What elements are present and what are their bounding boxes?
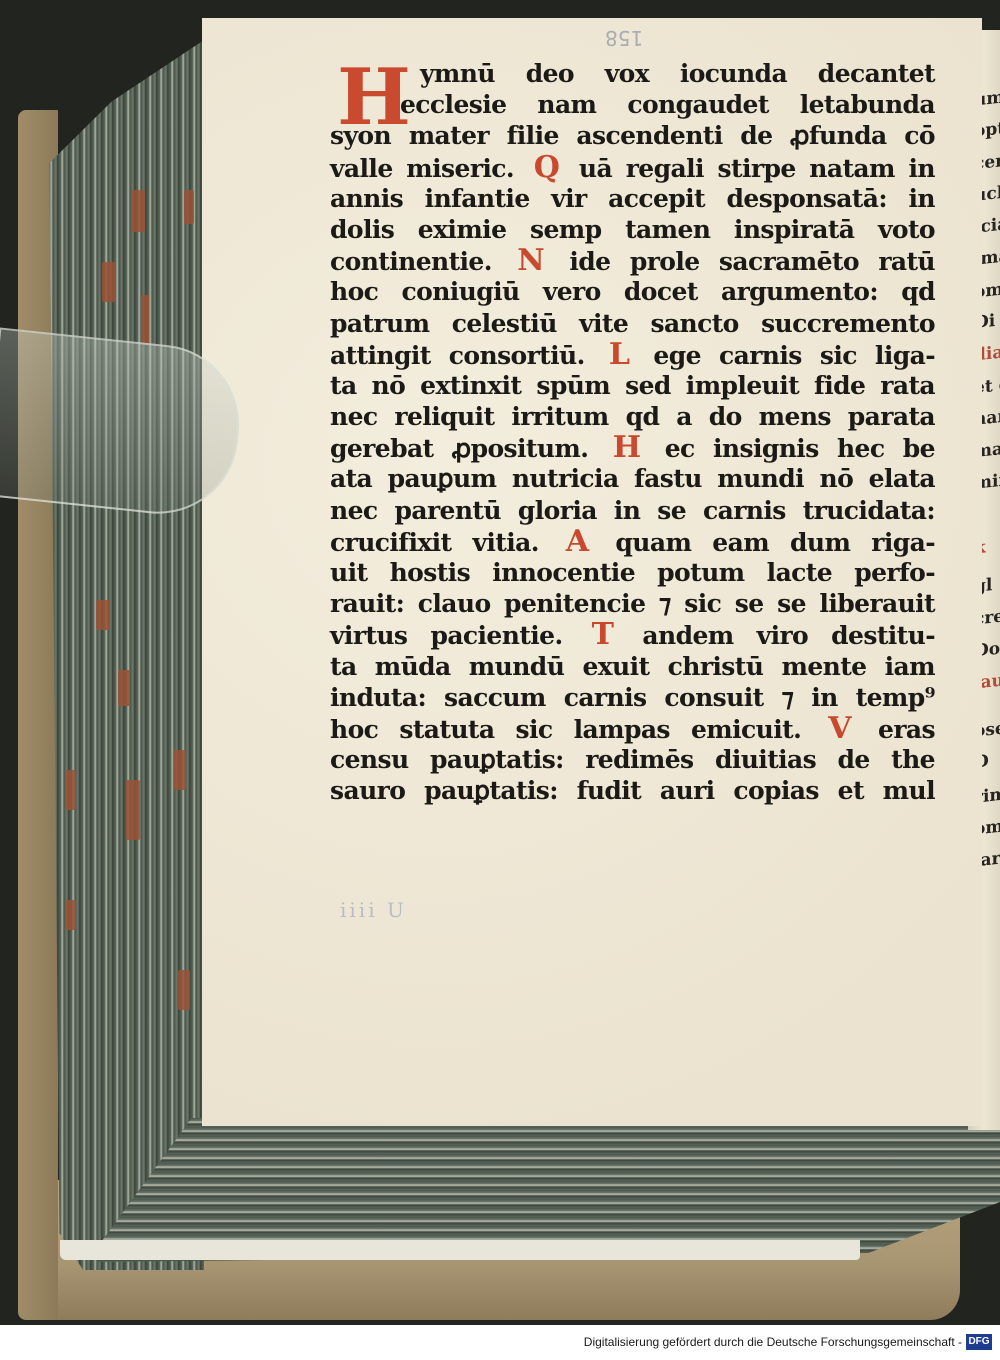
- funding-credit: Digitalisierung gefördert durch die Deut…: [584, 1335, 962, 1349]
- rubricated-capital: T: [592, 617, 614, 652]
- text-line: valle miseric. Q uā regali stirpe natam …: [330, 152, 935, 183]
- text-line: virtus pacientie. T andem viro destitu-: [330, 619, 935, 650]
- rubricated-capital: N: [517, 243, 544, 278]
- text-line: ata pauꝑum nutricia fastu mundi nō elata: [330, 463, 935, 494]
- endpaper-edge: [60, 1240, 860, 1260]
- rubricated-capital: Q: [534, 150, 560, 185]
- text-line: nec parentū gloria in se carnis trucidat…: [330, 495, 935, 526]
- rubricated-capital: H: [613, 430, 641, 465]
- signature-mark: iiii U: [340, 898, 407, 922]
- text-line: nec reliquit irritum qd a do mens parata: [330, 401, 935, 432]
- text-line: gerebat ꝓpositum. H ec insignis hec be: [330, 432, 935, 463]
- text-line: continentie. N ide prole sacramēto ratū: [330, 245, 935, 276]
- book-photograph: umm opt cens uch icia ima om D Di dia et…: [0, 0, 1000, 1325]
- text-line: rauit: clauo penitencie ⁊ sic se se libe…: [330, 588, 935, 619]
- text-line: crucifixit vitia. A quam eam dum riga-: [330, 526, 935, 557]
- text-line: induta: saccum carnis consuit ⁊ in temp⁹: [330, 682, 935, 713]
- text-line: syon mater filie ascendenti de ꝓfunda cō: [330, 120, 935, 151]
- text-line: censu pauꝑtatis: redimēs diuitias de the: [330, 744, 935, 775]
- text-line: ta mūda mundū exuit christū mente iam: [330, 651, 935, 682]
- page-fore-edge: [36, 40, 204, 1270]
- rubricated-capital: V: [828, 711, 851, 746]
- footer-bar: Digitalisierung gefördert durch die Deut…: [0, 1325, 1000, 1360]
- text-line: hoc coniugiū vero docet argumento: qd: [330, 276, 935, 307]
- text-line: dolis eximie semp tamen inspiratā voto: [330, 214, 935, 245]
- text-line: sauro pauꝑtatis: fudit auri copias et mu…: [330, 775, 935, 806]
- text-line: annis infantie vir accepit desponsatā: i…: [330, 183, 935, 214]
- folio-number: 158: [605, 26, 643, 50]
- text-line: patrum celestiū vite sancto succremento: [330, 308, 935, 339]
- hymn-text: ymnū deo vox iocunda decantetecclesie na…: [330, 58, 935, 807]
- text-line: ymnū deo vox iocunda decantet: [330, 58, 935, 89]
- text-line: ta nō extinxit spūm sed impleuit fide ra…: [330, 370, 935, 401]
- dfg-logo: DFG: [966, 1334, 992, 1350]
- text-line: hoc statuta sic lampas emicuit. V eras: [330, 713, 935, 744]
- rubricated-capital: L: [609, 337, 630, 372]
- text-line: uit hostis innocentie potum lacte perfo-: [330, 557, 935, 588]
- rubricated-capital: A: [566, 524, 589, 559]
- text-line: attingit consortiū. L ege carnis sic lig…: [330, 339, 935, 370]
- text-line: ecclesie nam congaudet letabunda: [330, 89, 935, 120]
